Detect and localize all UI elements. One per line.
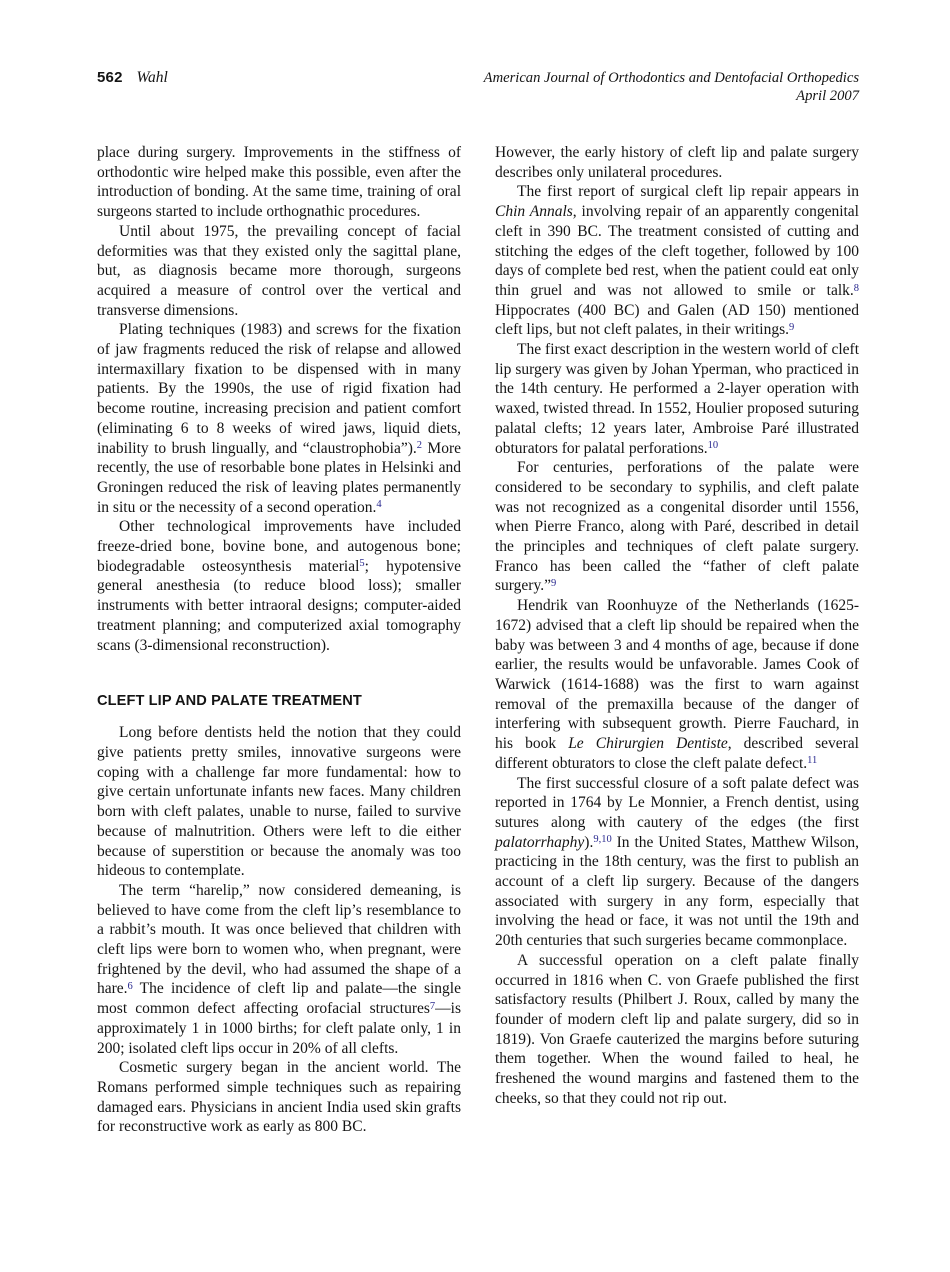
left-column: place during surgery. Improvements in th… <box>97 143 461 1137</box>
paragraph: A successful operation on a cleft palate… <box>495 951 859 1109</box>
paragraph: The first report of surgical cleft lip r… <box>495 182 859 340</box>
paragraph: Cosmetic surgery began in the ancient wo… <box>97 1058 461 1137</box>
text-run: Cosmetic surgery began in the ancient wo… <box>97 1059 461 1135</box>
reference-link[interactable]: 8 <box>854 283 859 294</box>
text-run: ). <box>584 834 593 851</box>
reference-link[interactable]: 4 <box>376 499 381 510</box>
paragraph: Other technological improvements have in… <box>97 517 461 655</box>
paragraph: However, the early history of cleft lip … <box>495 143 859 182</box>
text-run: Until about 1975, the prevailing concept… <box>97 223 461 319</box>
reference-link[interactable]: 6 <box>128 981 133 992</box>
text-run: For centuries, perforations of the palat… <box>495 459 859 594</box>
text-run: A successful operation on a cleft palate… <box>495 952 859 1107</box>
paragraph: Hendrik van Roonhuyze of the Netherlands… <box>495 596 859 773</box>
reference-link[interactable]: 5 <box>359 558 364 569</box>
running-author: Wahl <box>137 69 168 86</box>
article-body: place during surgery. Improvements in th… <box>97 143 859 1137</box>
running-head-left: 562 Wahl <box>97 69 168 87</box>
paragraph: place during surgery. Improvements in th… <box>97 143 461 222</box>
journal-title: American Journal of Orthodontics and Den… <box>484 69 859 87</box>
text-run: The first report of surgical cleft lip r… <box>517 183 859 200</box>
italic-text: palatorrhaphy <box>495 834 584 851</box>
paragraph: The first successful closure of a soft p… <box>495 774 859 951</box>
italic-text: Chin Annals <box>495 203 573 220</box>
text-run: Hippocrates (400 BC) and Galen (AD 150) … <box>495 302 859 339</box>
paragraph: For centuries, perforations of the palat… <box>495 458 859 596</box>
text-run: The first successful closure of a soft p… <box>495 775 859 831</box>
reference-link[interactable]: 9 <box>789 322 794 333</box>
issue-date: April 2007 <box>484 87 859 105</box>
text-run: The first exact description in the weste… <box>495 341 859 457</box>
paragraph: The term “harelip,” now considered demea… <box>97 881 461 1058</box>
paragraph: Until about 1975, the prevailing concept… <box>97 222 461 321</box>
reference-link[interactable]: 2 <box>417 440 422 451</box>
right-column: However, the early history of cleft lip … <box>495 143 859 1137</box>
reference-link[interactable]: 9 <box>551 578 556 589</box>
page-header: 562 Wahl American Journal of Orthodontic… <box>97 69 859 105</box>
reference-link[interactable]: 11 <box>807 755 817 766</box>
reference-link[interactable]: 7 <box>430 1001 435 1012</box>
text-run: Long before dentists held the notion tha… <box>97 724 461 879</box>
paragraph: Plating techniques (1983) and screws for… <box>97 320 461 517</box>
paragraph: Long before dentists held the notion tha… <box>97 723 461 881</box>
text-run: Hendrik van Roonhuyze of the Netherlands… <box>495 597 859 752</box>
text-run: The incidence of cleft lip and palate—th… <box>97 980 461 1017</box>
reference-link[interactable]: 9,10 <box>593 834 611 845</box>
running-head-right: American Journal of Orthodontics and Den… <box>484 69 859 105</box>
text-run: place during surgery. Improvements in th… <box>97 144 461 220</box>
text-run: However, the early history of cleft lip … <box>495 144 859 181</box>
page-number: 562 <box>97 69 123 86</box>
text-run: Plating techniques (1983) and screws for… <box>97 321 461 456</box>
journal-page: 562 Wahl American Journal of Orthodontic… <box>0 0 950 1272</box>
section-heading: CLEFT LIP AND PALATE TREATMENT <box>97 693 461 710</box>
paragraph: The first exact description in the weste… <box>495 340 859 458</box>
reference-link[interactable]: 10 <box>708 440 719 451</box>
italic-text: Le Chirurgien Dentiste <box>568 735 728 752</box>
